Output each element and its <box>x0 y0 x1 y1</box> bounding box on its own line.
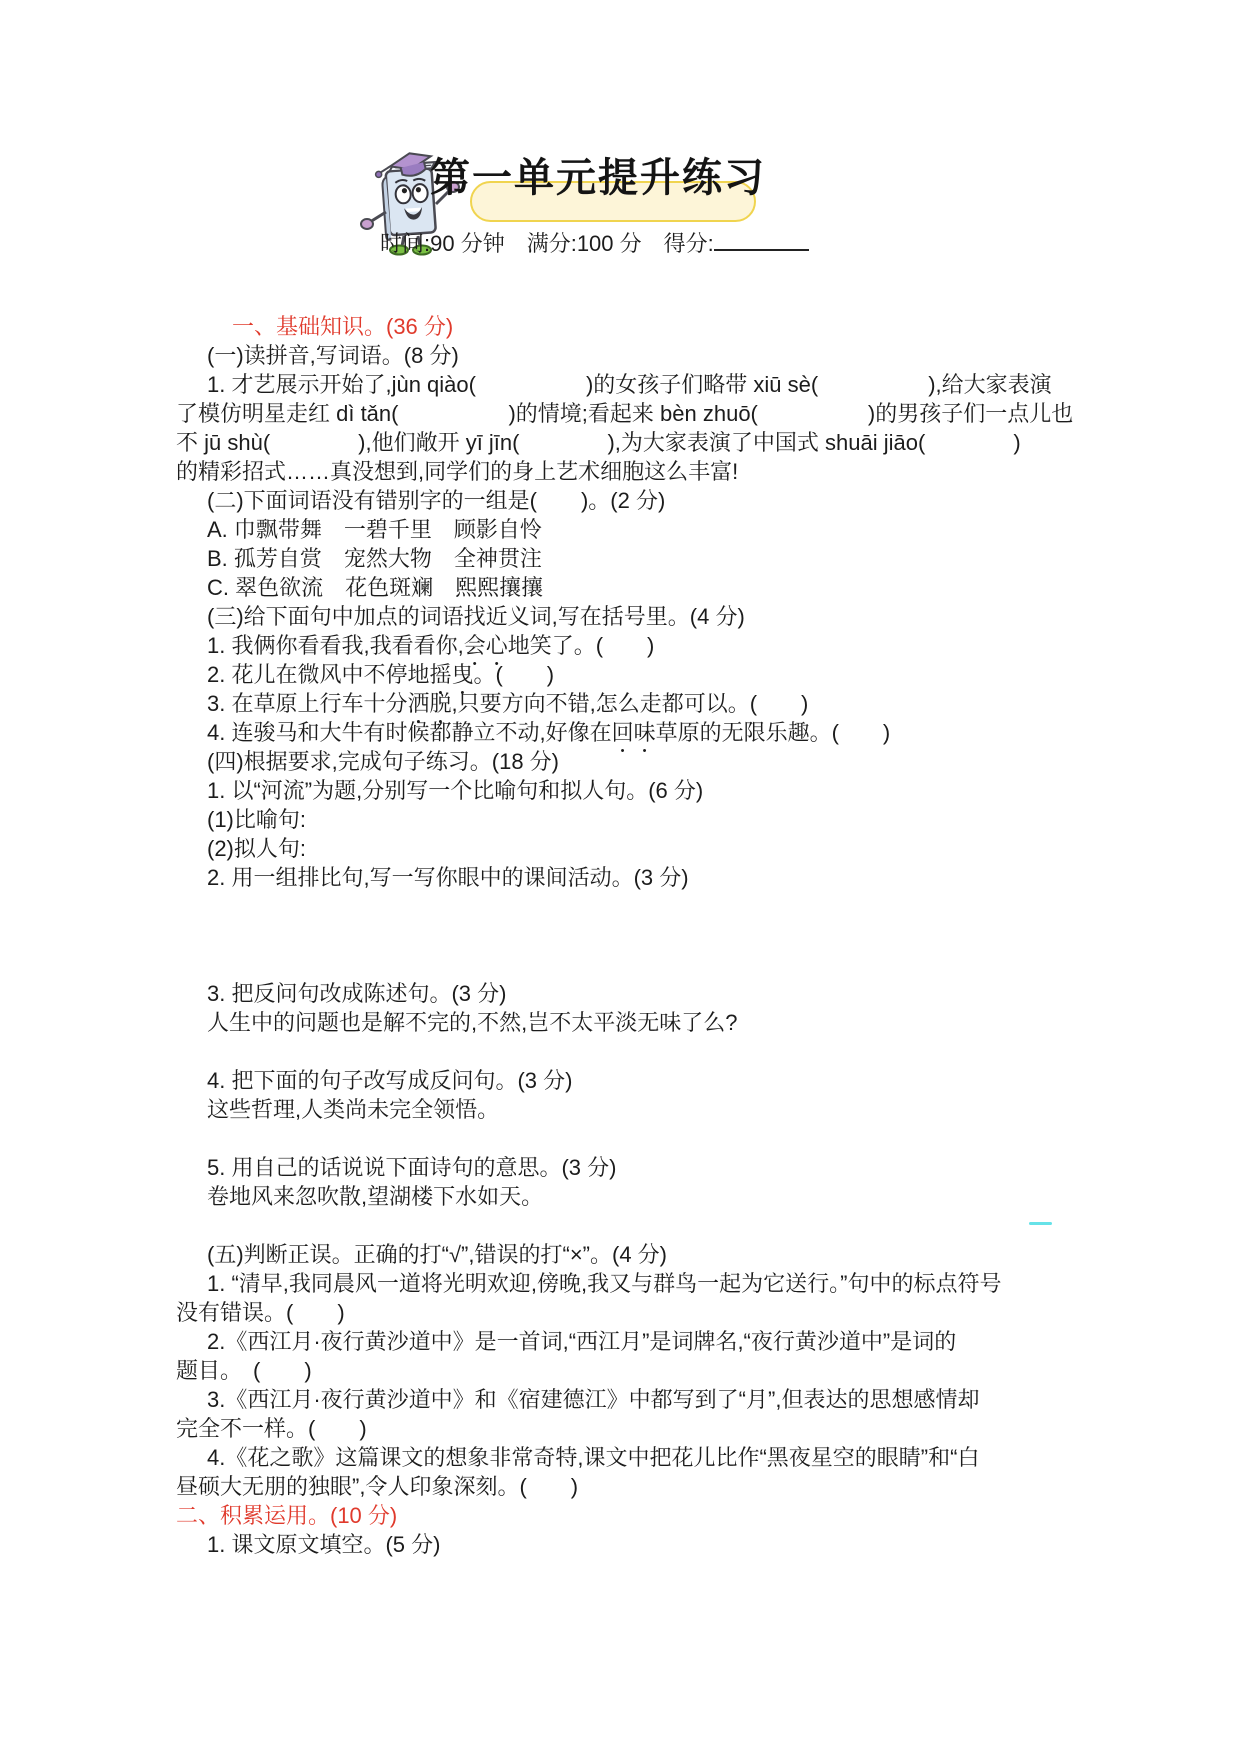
judgement-line: 昼硕大无朋的独眼”,令人印象深刻。( ) <box>176 1472 1076 1501</box>
question-text: 草原的无限乐趣。( ) <box>656 720 891 745</box>
answer-space <box>176 892 1076 979</box>
question-line: 2. 花儿在微风中不停地摇曳。( ) <box>176 660 1076 689</box>
judgement-line: 4.《花之歌》这篇课文的想象非常奇特,课文中把花儿比作“黑夜星空的眼睛”和“白 <box>176 1443 1076 1472</box>
title-area: 第一单元提升练习 时间:90 分钟满分:100 分得分: <box>0 0 1241 270</box>
question-line: 4. 把下面的句子改写成反问句。(3 分) <box>176 1066 1076 1095</box>
subquestion-line: (2)拟人句: <box>176 834 1076 863</box>
emphasized-word: 回味 <box>612 720 656 745</box>
source-sentence: 人生中的问题也是解不完的,不然,岂不太平淡无味了么? <box>176 1008 1076 1037</box>
subquestion-line: (1)比喻句: <box>176 805 1076 834</box>
full-score-label: 满分:100 分 <box>527 231 642 256</box>
emphasized-word: 摇曳 <box>429 662 473 687</box>
question-line: 2. 用一组排比句,写一写你眼中的课间活动。(3 分) <box>176 863 1076 892</box>
option-c: C. 翠色欲流 花色斑斓 熙熙攘攘 <box>176 573 1076 602</box>
option-b: B. 孤芳自赏 宠然大物 全神贯注 <box>176 544 1076 573</box>
answer-space <box>176 1124 1076 1153</box>
question-text: 。( ) <box>473 662 554 687</box>
source-sentence: 这些哲理,人类尚未完全领悟。 <box>176 1095 1076 1124</box>
worksheet-page: 第一单元提升练习 时间:90 分钟满分:100 分得分: 一、基础知识。(36 … <box>0 0 1241 1754</box>
question-line: 1. 以“河流”为题,分别写一个比喻句和拟人句。(6 分) <box>176 776 1076 805</box>
question-text: 4. 连骏马和大牛有时候都静立不动,好像在 <box>207 720 612 745</box>
part4-title: (四)根据要求,完成句子练习。(18 分) <box>176 747 1076 776</box>
question-text: 地笑了。( ) <box>508 633 655 658</box>
score-label: 得分: <box>664 231 714 256</box>
time-label: 时间:90 分钟 <box>380 231 505 256</box>
emphasized-word: 会心 <box>464 633 508 658</box>
answer-space <box>176 1037 1076 1066</box>
judgement-line: 3.《西江月·夜行黄沙道中》和《宿建德江》中都写到了“月”,但表达的思想感情却 <box>176 1385 1076 1414</box>
judgement-line: 完全不一样。( ) <box>176 1414 1076 1443</box>
cyan-artifact-dash <box>1029 1222 1052 1225</box>
part1-title: (一)读拼音,写词语。(8 分) <box>176 341 1076 370</box>
option-a: A. 巾飘带舞 一碧千里 顾影自怜 <box>176 515 1076 544</box>
question-text: 2. 花儿在微风中不停地 <box>207 662 429 687</box>
question-line: 3. 把反问句改成陈述句。(3 分) <box>176 979 1076 1008</box>
pinyin-line: 1. 才艺展示开始了,jùn qiào( )的女孩子们略带 xiū sè( ),… <box>176 370 1076 399</box>
pinyin-line: 不 jū shù( ),他们敞开 yī jīn( ),为大家表演了中国式 shu… <box>176 428 1076 457</box>
question-text: ,只要方向不错,怎么走都可以。( ) <box>451 691 808 716</box>
question-line: 3. 在草原上行车十分洒脱,只要方向不错,怎么走都可以。( ) <box>176 689 1076 718</box>
question-line: 1. 课文原文填空。(5 分) <box>176 1530 1076 1559</box>
section1-heading: 一、基础知识。(36 分) <box>176 312 1076 341</box>
question-line: 1. 我俩你看看我,我看看你,会心地笑了。( ) <box>176 631 1076 660</box>
answer-space <box>176 1211 1076 1240</box>
judgement-line: 题目。 ( ) <box>176 1356 1076 1385</box>
section2-heading: 二、积累运用。(10 分) <box>176 1501 1076 1530</box>
document-body: 一、基础知识。(36 分) (一)读拼音,写词语。(8 分) 1. 才艺展示开始… <box>176 312 1076 1559</box>
part3-title: (三)给下面句中加点的词语找近义词,写在括号里。(4 分) <box>176 602 1076 631</box>
part2-title: (二)下面词语没有错别字的一组是( )。(2 分) <box>176 486 1076 515</box>
question-line: 5. 用自己的话说说下面诗句的意思。(3 分) <box>176 1153 1076 1182</box>
source-sentence: 卷地风来忽吹散,望湖楼下水如天。 <box>176 1182 1076 1211</box>
pinyin-line: 了模仿明星走红 dì tǎn( )的情境;看起来 bèn zhuō( )的男孩子… <box>176 399 1076 428</box>
judgement-line: 没有错误。( ) <box>176 1298 1076 1327</box>
score-blank-line <box>714 229 809 251</box>
judgement-line: 2.《西江月·夜行黄沙道中》是一首词,“西江月”是词牌名,“夜行黄沙道中”是词的 <box>176 1327 1076 1356</box>
pinyin-line: 的精彩招式……真没想到,同学们的身上艺术细胞这么丰富! <box>176 457 1076 486</box>
judgement-line: 1. “清早,我同晨风一道将光明欢迎,傍晚,我又与群鸟一起为它送行。”句中的标点… <box>176 1269 1076 1298</box>
page-title: 第一单元提升练习 <box>428 146 768 210</box>
exam-meta: 时间:90 分钟满分:100 分得分: <box>380 229 860 258</box>
question-line: 4. 连骏马和大牛有时候都静立不动,好像在回味草原的无限乐趣。( ) <box>176 718 1076 747</box>
part5-title: (五)判断正误。正确的打“√”,错误的打“×”。(4 分) <box>176 1240 1076 1269</box>
question-text: 1. 我俩你看看我,我看看你, <box>207 633 464 658</box>
question-text: 3. 在草原上行车十分 <box>207 691 407 716</box>
emphasized-word: 洒脱 <box>407 691 451 716</box>
